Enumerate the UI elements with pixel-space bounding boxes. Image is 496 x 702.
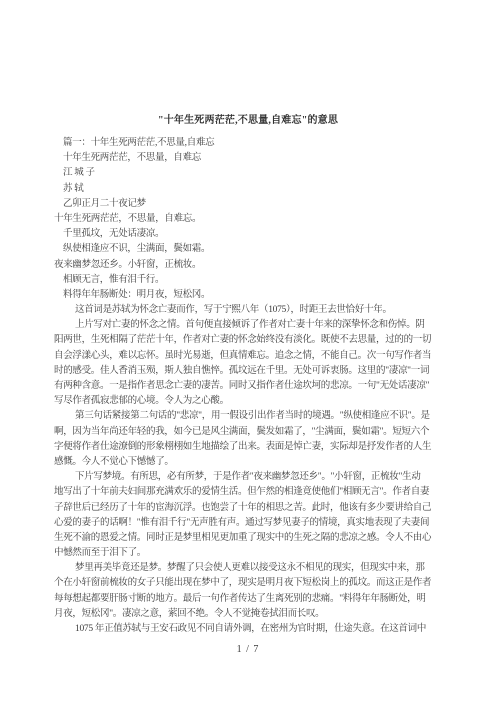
doc-line: 感慨。今人不觉心下憾憾了。 — [54, 455, 439, 470]
doc-line: 啊，因为当年尚还年轻的我，如今已是风尘满面，鬓发如霜了，"尘满面，鬓如霜"。短短… — [54, 425, 439, 440]
document-page: "十年生死两茫茫,不思量,自难忘"的意思 篇一：十年生死两茫茫,不思量,自难忘 … — [0, 0, 496, 702]
doc-line: 相顾无言，惟有泪千行。 — [54, 273, 439, 288]
document-body: 篇一：十年生死两茫茫,不思量,自难忘 十年生死两茫茫，不思量，自难忘 江 城 子… — [54, 136, 439, 637]
doc-line: 写尽作者孤寂悲郁的心境。令人为之心酸。 — [54, 394, 439, 409]
doc-line: 这首词是苏轼为怀念亡妻而作，写于宁熙八年（1075），时距王去世恰好十年。 — [54, 303, 439, 318]
doc-line: 纵使相逢应不识，尘满面，鬓如霜。 — [54, 242, 439, 257]
page-number: 1 / 7 — [0, 644, 496, 655]
doc-line: 梦里再美毕竟还是梦。梦醒了只会使人更难以接受这永不相见的现实，但现实中来，那 — [54, 561, 439, 576]
doc-line: 生死不渝的恩爱之情。同时正是梦里相见更加重了现实中的生死之隔的悲凉之感。令人不由… — [54, 531, 439, 546]
doc-line: 十年生死两茫茫，不思量，自难忘。 — [54, 212, 439, 227]
doc-line: 上片写对亡妻的怀念之情。首句便直接倾诉了作者对亡妻十年来的深挚怀念和伤悼。阴 — [54, 318, 439, 333]
doc-line: 有两种含意。一是指作者思念亡妻的凄苦。同时又指作者仕途坎坷的悲凉。一句"无处话凄… — [54, 379, 439, 394]
doc-line: 时的感受。佳人香消玉殒，斯人独自憔悴。孤坟远在千里。无处可诉衷肠。这里的"凄凉"… — [54, 364, 439, 379]
doc-line: 自会浮漾心头，难以忘怀。虽时光易逝，但真情难忘。追念之情，不能自己。次一句写作者… — [54, 349, 439, 364]
doc-line: 心爱的妻子的话啊！"惟有泪千行"无声胜有声。通过写梦见妻子的情境，真实地表现了夫… — [54, 516, 439, 531]
doc-line: 阳两世，生死相隔了茫茫十年，作者对亡妻的怀念始终没有淡化。既使不去思量，过的的一… — [54, 333, 439, 348]
doc-line: 每每想起都要肝肠寸断的地方。最后一句作者传达了生离死别的悲痛。"料得年年肠断处，… — [54, 592, 439, 607]
doc-line: 江 城 子 — [54, 166, 439, 181]
doc-line: 下片写梦境。有所思，必有所梦，于是作者"夜来幽梦忽还乡"。"小轩窗，正梳妆"生动 — [54, 470, 439, 485]
doc-line: 十年生死两茫茫，不思量，自难忘 — [54, 151, 439, 166]
document-title: "十年生死两茫茫,不思量,自难忘"的意思 — [0, 111, 496, 126]
doc-line: 乙卯正月二十夜记梦 — [54, 197, 439, 212]
doc-line: 字便将作者仕途潦倒的形象栩栩如生地描绘了出来。表面是悼亡妻，实际却是抒发作者的人… — [54, 440, 439, 455]
doc-line: 子辞世后已经历了十年的宦海沉浮。也饱尝了十年的相思之苦。此时，他该有多少要讲给自… — [54, 501, 439, 516]
doc-line: 千里孤坟，无处话凄凉。 — [54, 227, 439, 242]
doc-line: 第三句话紧接第二句话的"悲凉"，用一假设引出作者当时的境遇。"纵使相逢应不识"。… — [54, 409, 439, 424]
doc-line: 料得年年肠断处：明月夜，短松冈。 — [54, 288, 439, 303]
doc-line: 月夜，短松冈"。凄凉之意，萦回不绝。令人不觉掩卷拭泪而长叹。 — [54, 607, 439, 622]
doc-line: 夜来幽梦忽还乡。小轩窗，正梳妆。 — [54, 258, 439, 273]
doc-line: 地写出了十年前夫妇间那充满欢乐的爱情生活。但乍然的相逢竟使他们"相顾无言"。作者… — [54, 485, 439, 500]
doc-line: 篇一：十年生死两茫茫,不思量,自难忘 — [54, 136, 439, 151]
doc-line: 个在小轩窗前梳妆的女子只能出现在梦中了，现实是明月夜下短松岗上的孤坟。而这正是作… — [54, 576, 439, 591]
doc-line: 苏 轼 — [54, 182, 439, 197]
doc-line: 中憾然而至于泪下了。 — [54, 546, 439, 561]
doc-line: 1075 年正值苏轼与王安石政见不同自请外调，在密州为官时期，仕途失意。在这首词… — [54, 622, 439, 637]
